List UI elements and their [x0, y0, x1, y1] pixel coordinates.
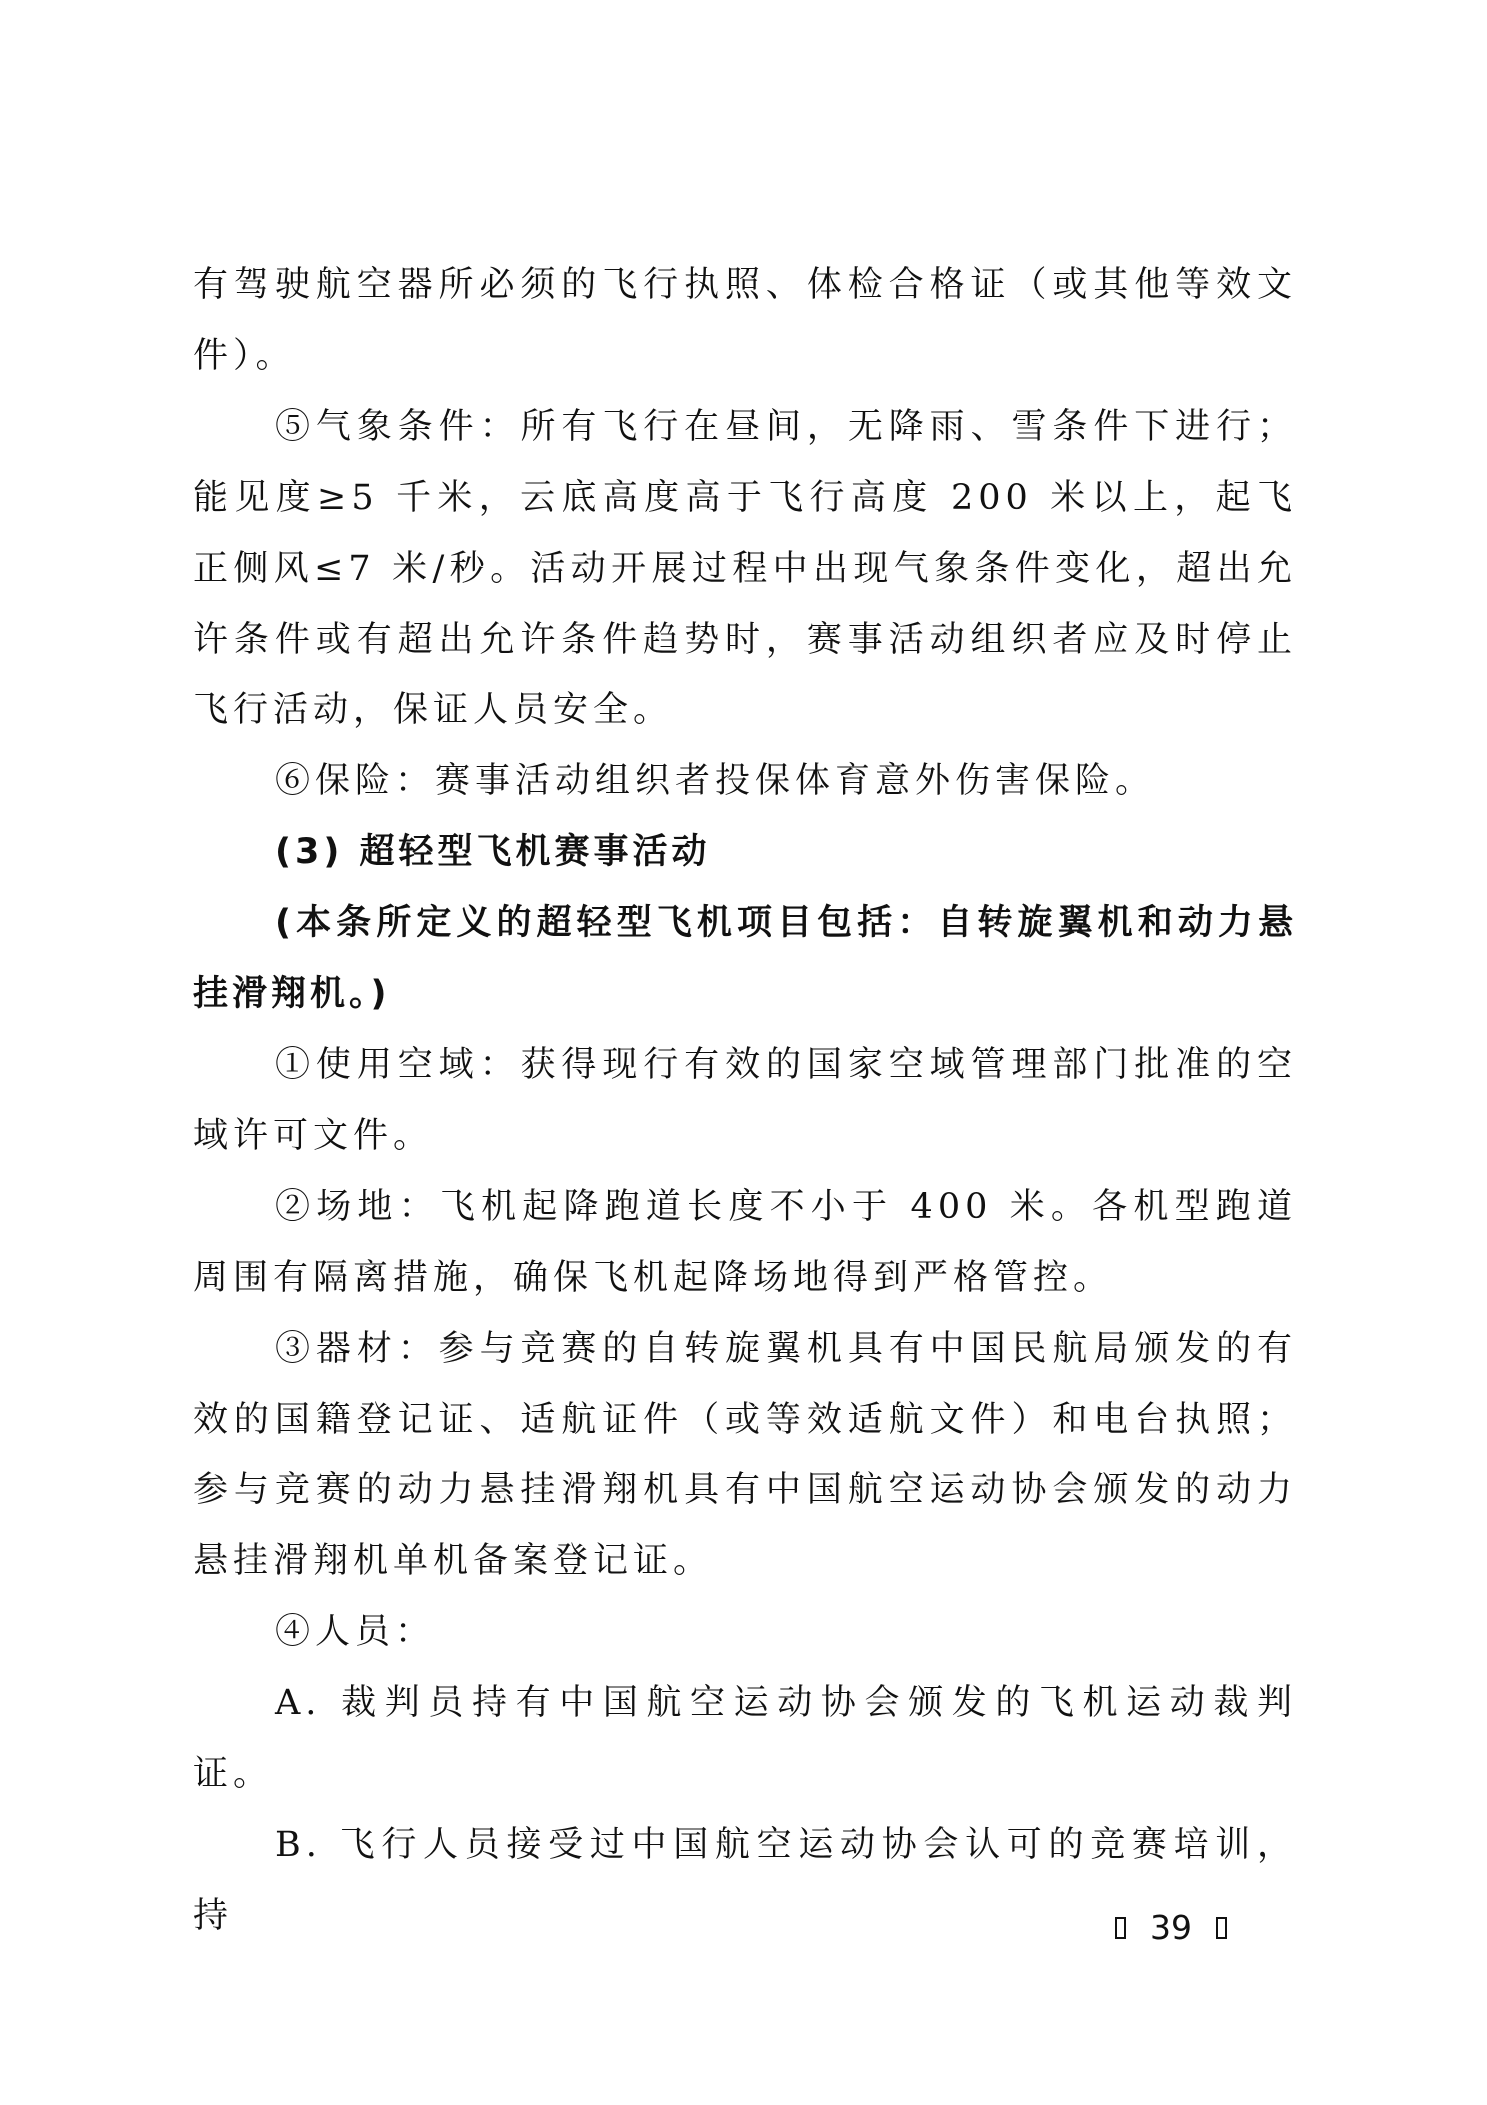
paragraph-equipment: ③器材：参与竞赛的自转旋翼机具有中国民航局颁发的有效的国籍登记证、适航证件（或等… — [193, 1314, 1297, 1598]
paragraph-site: ②场地：飞机起降跑道长度不小于 400 米。各机型跑道周围有隔离措施，确保飞机起… — [193, 1172, 1297, 1314]
section-definition-note: (本条所定义的超轻型飞机项目包括：自转旋翼机和动力悬挂滑翔机。) — [193, 888, 1297, 1030]
page-number: 39 — [1136, 1908, 1206, 1947]
paragraph-insurance: ⑥保险：赛事活动组织者投保体育意外伤害保险。 — [193, 746, 1297, 817]
page-footer: 39 — [1115, 1908, 1227, 1947]
paragraph-weather-conditions: ⑤气象条件：所有飞行在昼间，无降雨、雪条件下进行；能见度≥5 千米，云底高度高于… — [193, 392, 1297, 747]
section-heading-ultralight: (3) 超轻型飞机赛事活动 — [193, 817, 1297, 888]
document-page: 有驾驶航空器所必须的飞行执照、体检合格证（或其他等效文件）。 ⑤气象条件：所有飞… — [0, 0, 1487, 2105]
paragraph-airspace: ①使用空域：获得现行有效的国家空域管理部门批准的空域许可文件。 — [193, 1030, 1297, 1172]
paragraph-personnel-a: A. 裁判员持有中国航空运动协会颁发的飞机运动裁判证。 — [193, 1668, 1297, 1810]
body-text: 有驾驶航空器所必须的飞行执照、体检合格证（或其他等效文件）。 ⑤气象条件：所有飞… — [193, 250, 1297, 1952]
missing-glyph-icon — [1216, 1917, 1227, 1939]
missing-glyph-icon — [1115, 1917, 1126, 1939]
paragraph-continued: 有驾驶航空器所必须的飞行执照、体检合格证（或其他等效文件）。 — [193, 250, 1297, 392]
paragraph-personnel: ④人员： — [193, 1597, 1297, 1668]
